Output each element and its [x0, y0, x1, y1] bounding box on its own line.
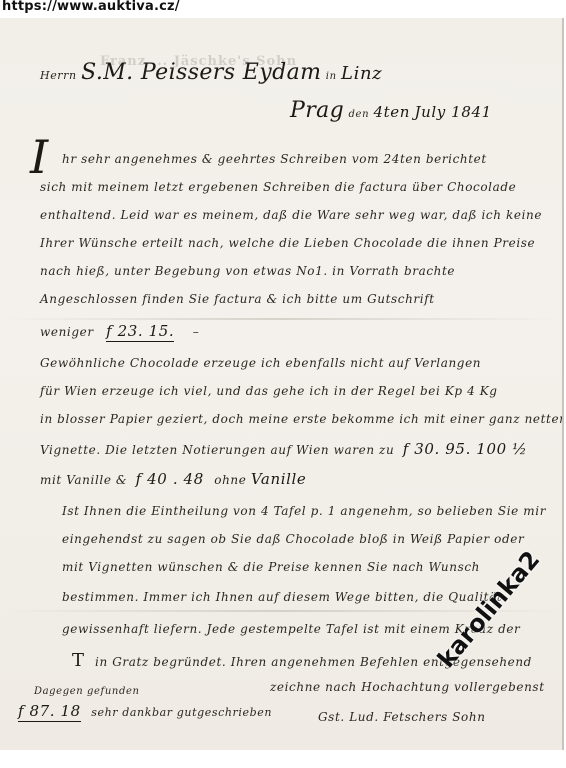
footer-note-line1: Dagegen gefunden — [34, 686, 140, 697]
addressee-in: in — [326, 71, 337, 82]
body-line: eingehendst zu sagen ob Sie daß Chocolad… — [62, 532, 524, 546]
body-line: bestimmen. Immer ich Ihnen auf diesem We… — [62, 590, 502, 604]
addressee-line: Herrn S.M. Peissers Eydam in Linz — [40, 60, 382, 85]
body-line: Ist Ihnen die Eintheilung von 4 Tafel p.… — [62, 504, 546, 518]
place-date: Prag den 4ten July 1841 — [290, 98, 492, 123]
signature: Gst. Lud. Fetschers Sohn — [318, 710, 486, 724]
decorative-initial: I — [30, 130, 48, 184]
weniger-label: weniger — [40, 325, 94, 339]
amount-line: weniger f 23. 15. – — [40, 322, 199, 340]
addressee-prefix: Herrn — [40, 69, 77, 82]
footer-rest: sehr dankbar gutgeschrieben — [91, 706, 272, 719]
footer-note-line2: f 87. 18 sehr dankbar gutgeschrieben — [18, 702, 272, 720]
day: 4ten — [374, 103, 411, 121]
source-url: https://www.auktiva.cz/ — [0, 0, 566, 18]
vanilla-price: f 40 . 48 — [136, 470, 204, 488]
cross-mark: T — [72, 650, 85, 671]
vanilla-prefix: ohne — [214, 473, 246, 487]
body-text: Gewöhnliche Chocolade erzeuge ich ebenfa… — [40, 356, 481, 370]
place: Prag — [290, 98, 344, 123]
body-text: Vignette. Die letzten Notierungen auf Wi… — [40, 443, 394, 457]
addressee-city: Linz — [341, 63, 382, 84]
month-year: July 1841 — [414, 103, 491, 121]
body-line: mit Vignetten wünschen & die Preise kenn… — [62, 560, 480, 574]
body-line: nach hieß, unter Begebung von etwas No1.… — [40, 264, 455, 278]
body-text: mit Vanille & — [40, 473, 127, 487]
closing-line: zeichne nach Hochachtung vollergebenst — [270, 680, 545, 694]
price-values: f 30. 95. 100 ½ — [403, 440, 528, 458]
price-line: Vignette. Die letzten Notierungen auf Wi… — [40, 440, 527, 458]
amount-first: f 23. 15. — [106, 322, 174, 342]
vanilla-line: mit Vanille & f 40 . 48 ohne Vanille — [40, 470, 306, 488]
bottom-margin — [0, 750, 566, 768]
body-line: in blosser Papier geziert, doch meine er… — [40, 412, 564, 426]
den: den — [349, 109, 370, 120]
paper-fold — [0, 318, 562, 320]
body-line: für Wien erzeuge ich viel, und das gehe … — [40, 384, 498, 398]
vanilla-word: Vanille — [251, 470, 307, 488]
amount-dash: – — [193, 325, 200, 339]
body-line: sich mit meinem letzt ergebenen Schreibe… — [40, 180, 516, 194]
body-line: hr sehr angenehmes & geehrtes Schreiben … — [62, 152, 487, 166]
body-line: Gewöhnliche Chocolade erzeuge ich ebenfa… — [40, 356, 481, 370]
footer-amount: f 87. 18 — [18, 702, 81, 722]
body-line: enthaltend. Leid war es meinem, daß die … — [40, 208, 542, 222]
body-line: Angeschlossen finden Sie factura & ich b… — [40, 292, 435, 306]
body-line: Ihrer Wünsche erteilt nach, welche die L… — [40, 236, 535, 250]
addressee-name: S.M. Peissers Eydam — [81, 60, 321, 85]
